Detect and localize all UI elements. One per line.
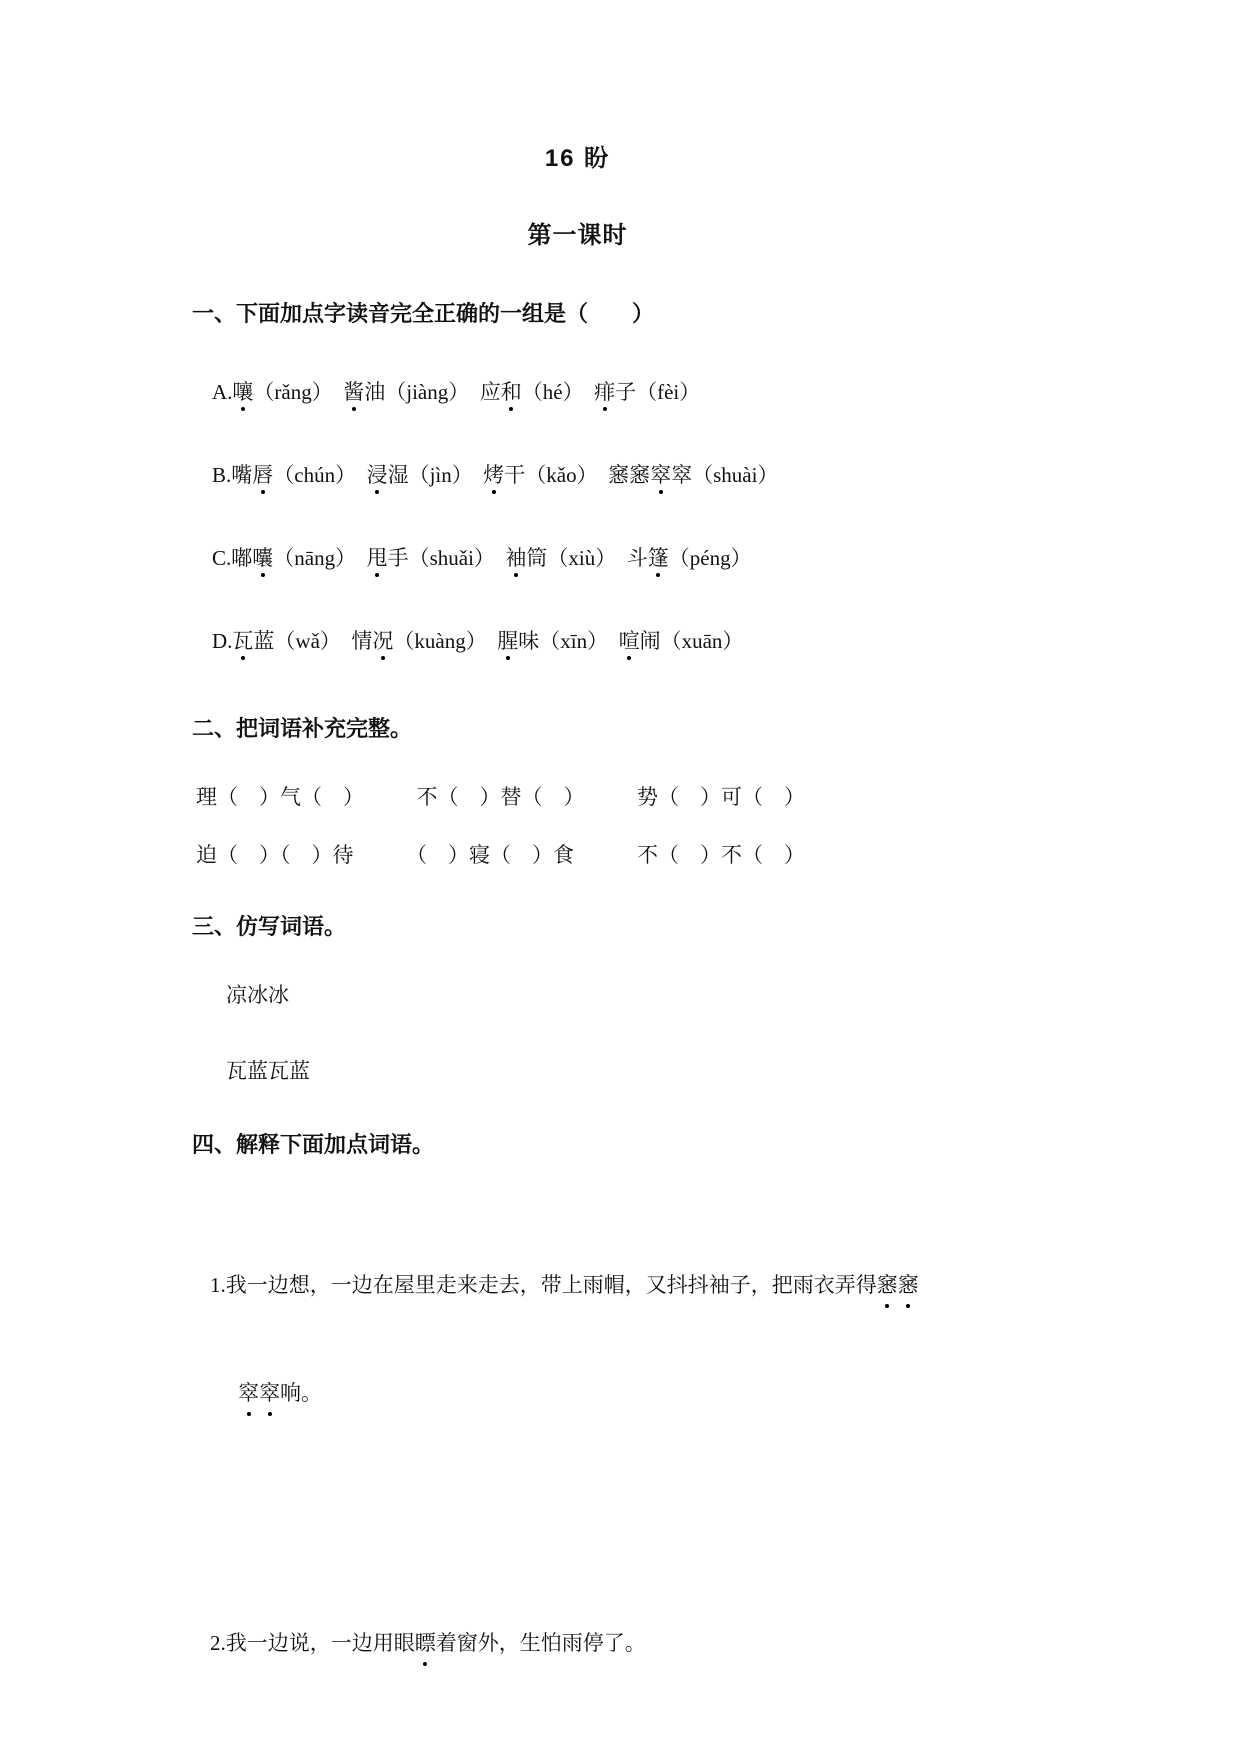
text-run: 湿（jìn） xyxy=(388,463,484,487)
section-four-heading: 四、解释下面加点词语。 xyxy=(192,1131,1241,1159)
text-run: A. xyxy=(212,380,232,404)
text-run: 油（jiàng） xyxy=(364,380,480,404)
dotted-char: 腥 xyxy=(497,627,518,655)
worksheet-page: 16 盼 第一课时 一、下面加点字读音完全正确的一组是（ ） A.嚷（rǎng）… xyxy=(0,0,1241,1754)
dotted-char: 酱 xyxy=(343,378,364,406)
text-run: （péng） xyxy=(669,546,752,570)
text-run: C. xyxy=(212,546,231,570)
text-run: B. xyxy=(212,463,231,487)
dotted-char: 囔 xyxy=(252,544,273,572)
text-run: （nāng） xyxy=(273,546,366,570)
text-run: 嘴 xyxy=(231,463,252,487)
section-two-heading: 二、把词语补充完整。 xyxy=(192,715,1241,743)
dotted-char: 况 xyxy=(372,627,393,655)
text-run: 窸窸 xyxy=(608,463,650,487)
text-run: （kuàng） xyxy=(393,629,497,653)
imitate-word-2: 瓦蓝瓦蓝 xyxy=(226,1057,1241,1085)
dotted-char: 篷 xyxy=(648,544,669,572)
sentence-1-line-1: 1.我一边想，一边在屋里走来走去，带上雨帽，又抖抖袖子，把雨衣弄得窸窸 xyxy=(210,1267,1241,1303)
text-run: 干（kǎo） xyxy=(504,463,608,487)
text-run: 应 xyxy=(480,380,501,404)
text-run: （chún） xyxy=(273,463,366,487)
text-run: 子（fèi） xyxy=(615,380,700,404)
text-run: 窣（shuài） xyxy=(671,463,778,487)
sentence-1-line-2: 窣窣响。 xyxy=(210,1375,1241,1411)
dotted-char: 瞟 xyxy=(415,1625,436,1661)
text-run: （rǎng） xyxy=(253,380,343,404)
option-c: C.嘟囔（nāng） 甩手（shuǎi） 袖筒（xiù） 斗篷（péng） xyxy=(212,544,1241,572)
text-run: 情 xyxy=(351,629,372,653)
section-one-heading: 一、下面加点字读音完全正确的一组是（ ） xyxy=(192,300,1241,328)
sentence-2-line-1: 2.我一边说，一边用眼瞟着窗外，生怕雨停了。 xyxy=(210,1625,1241,1661)
text-run: 嘟 xyxy=(231,546,252,570)
text-run: 响。 xyxy=(280,1381,322,1405)
dotted-char: 和 xyxy=(501,378,522,406)
dotted-char: 袖 xyxy=(505,544,526,572)
text-run: 1.我一边想，一边在屋里走来走去，带上雨帽，又抖抖袖子，把雨衣弄得 xyxy=(210,1273,877,1297)
dotted-char: 窸 xyxy=(877,1267,898,1303)
text-run: 手（shuǎi） xyxy=(388,546,506,570)
dotted-char: 窣 xyxy=(650,461,671,489)
session-title: 第一课时 xyxy=(0,215,1155,250)
dotted-char: 窸 xyxy=(898,1267,919,1303)
text-run: （hé） xyxy=(522,380,594,404)
explain-sentence-1: 1.我一边想，一边在屋里走来走去，带上雨帽，又抖抖袖子，把雨衣弄得窸窸 窣窣响。 xyxy=(210,1195,1241,1483)
text-run: D. xyxy=(212,629,232,653)
dotted-char: 甩 xyxy=(367,544,388,572)
option-a: A.嚷（rǎng） 酱油（jiàng） 应和（hé） 痱子（fèi） xyxy=(212,378,1241,406)
dotted-char: 唇 xyxy=(252,461,273,489)
dotted-char: 痱 xyxy=(594,378,615,406)
dotted-char: 烤 xyxy=(483,461,504,489)
lesson-title: 16 盼 xyxy=(0,0,1155,173)
dotted-char: 窣 xyxy=(259,1375,280,1411)
text-run: 着窗外，生怕雨停了。 xyxy=(436,1631,646,1655)
fill-blanks-row-1: 理（ ）气（ ） 不（ ）替（ ） 势（ ）可（ ） xyxy=(196,783,1241,811)
section-three-heading: 三、仿写词语。 xyxy=(192,913,1241,941)
text-run: 筒（xiù） xyxy=(526,546,626,570)
text-run: 2.我一边说，一边用眼 xyxy=(210,1631,415,1655)
explain-sentence-2: 2.我一边说，一边用眼瞟着窗外，生怕雨停了。 xyxy=(210,1553,1241,1733)
dotted-char: 浸 xyxy=(367,461,388,489)
option-b: B.嘴唇（chún） 浸湿（jìn） 烤干（kǎo） 窸窸窣窣（shuài） xyxy=(212,461,1241,489)
dotted-char: 喧 xyxy=(619,627,640,655)
dotted-char: 瓦 xyxy=(232,627,253,655)
fill-blanks-row-2: 迫（ ）（ ）待 （ ）寝（ ）食 不（ ）不（ ） xyxy=(196,841,1241,869)
text-run: 闹（xuān） xyxy=(640,629,744,653)
option-d: D.瓦蓝（wǎ） 情况（kuàng） 腥味（xīn） 喧闹（xuān） xyxy=(212,627,1241,655)
text-run: 蓝（wǎ） xyxy=(253,629,351,653)
dotted-char: 嚷 xyxy=(232,378,253,406)
text-run: 斗 xyxy=(627,546,648,570)
imitate-word-1: 凉冰冰 xyxy=(226,981,1241,1009)
text-run: 味（xīn） xyxy=(518,629,618,653)
dotted-char: 窣 xyxy=(238,1375,259,1411)
